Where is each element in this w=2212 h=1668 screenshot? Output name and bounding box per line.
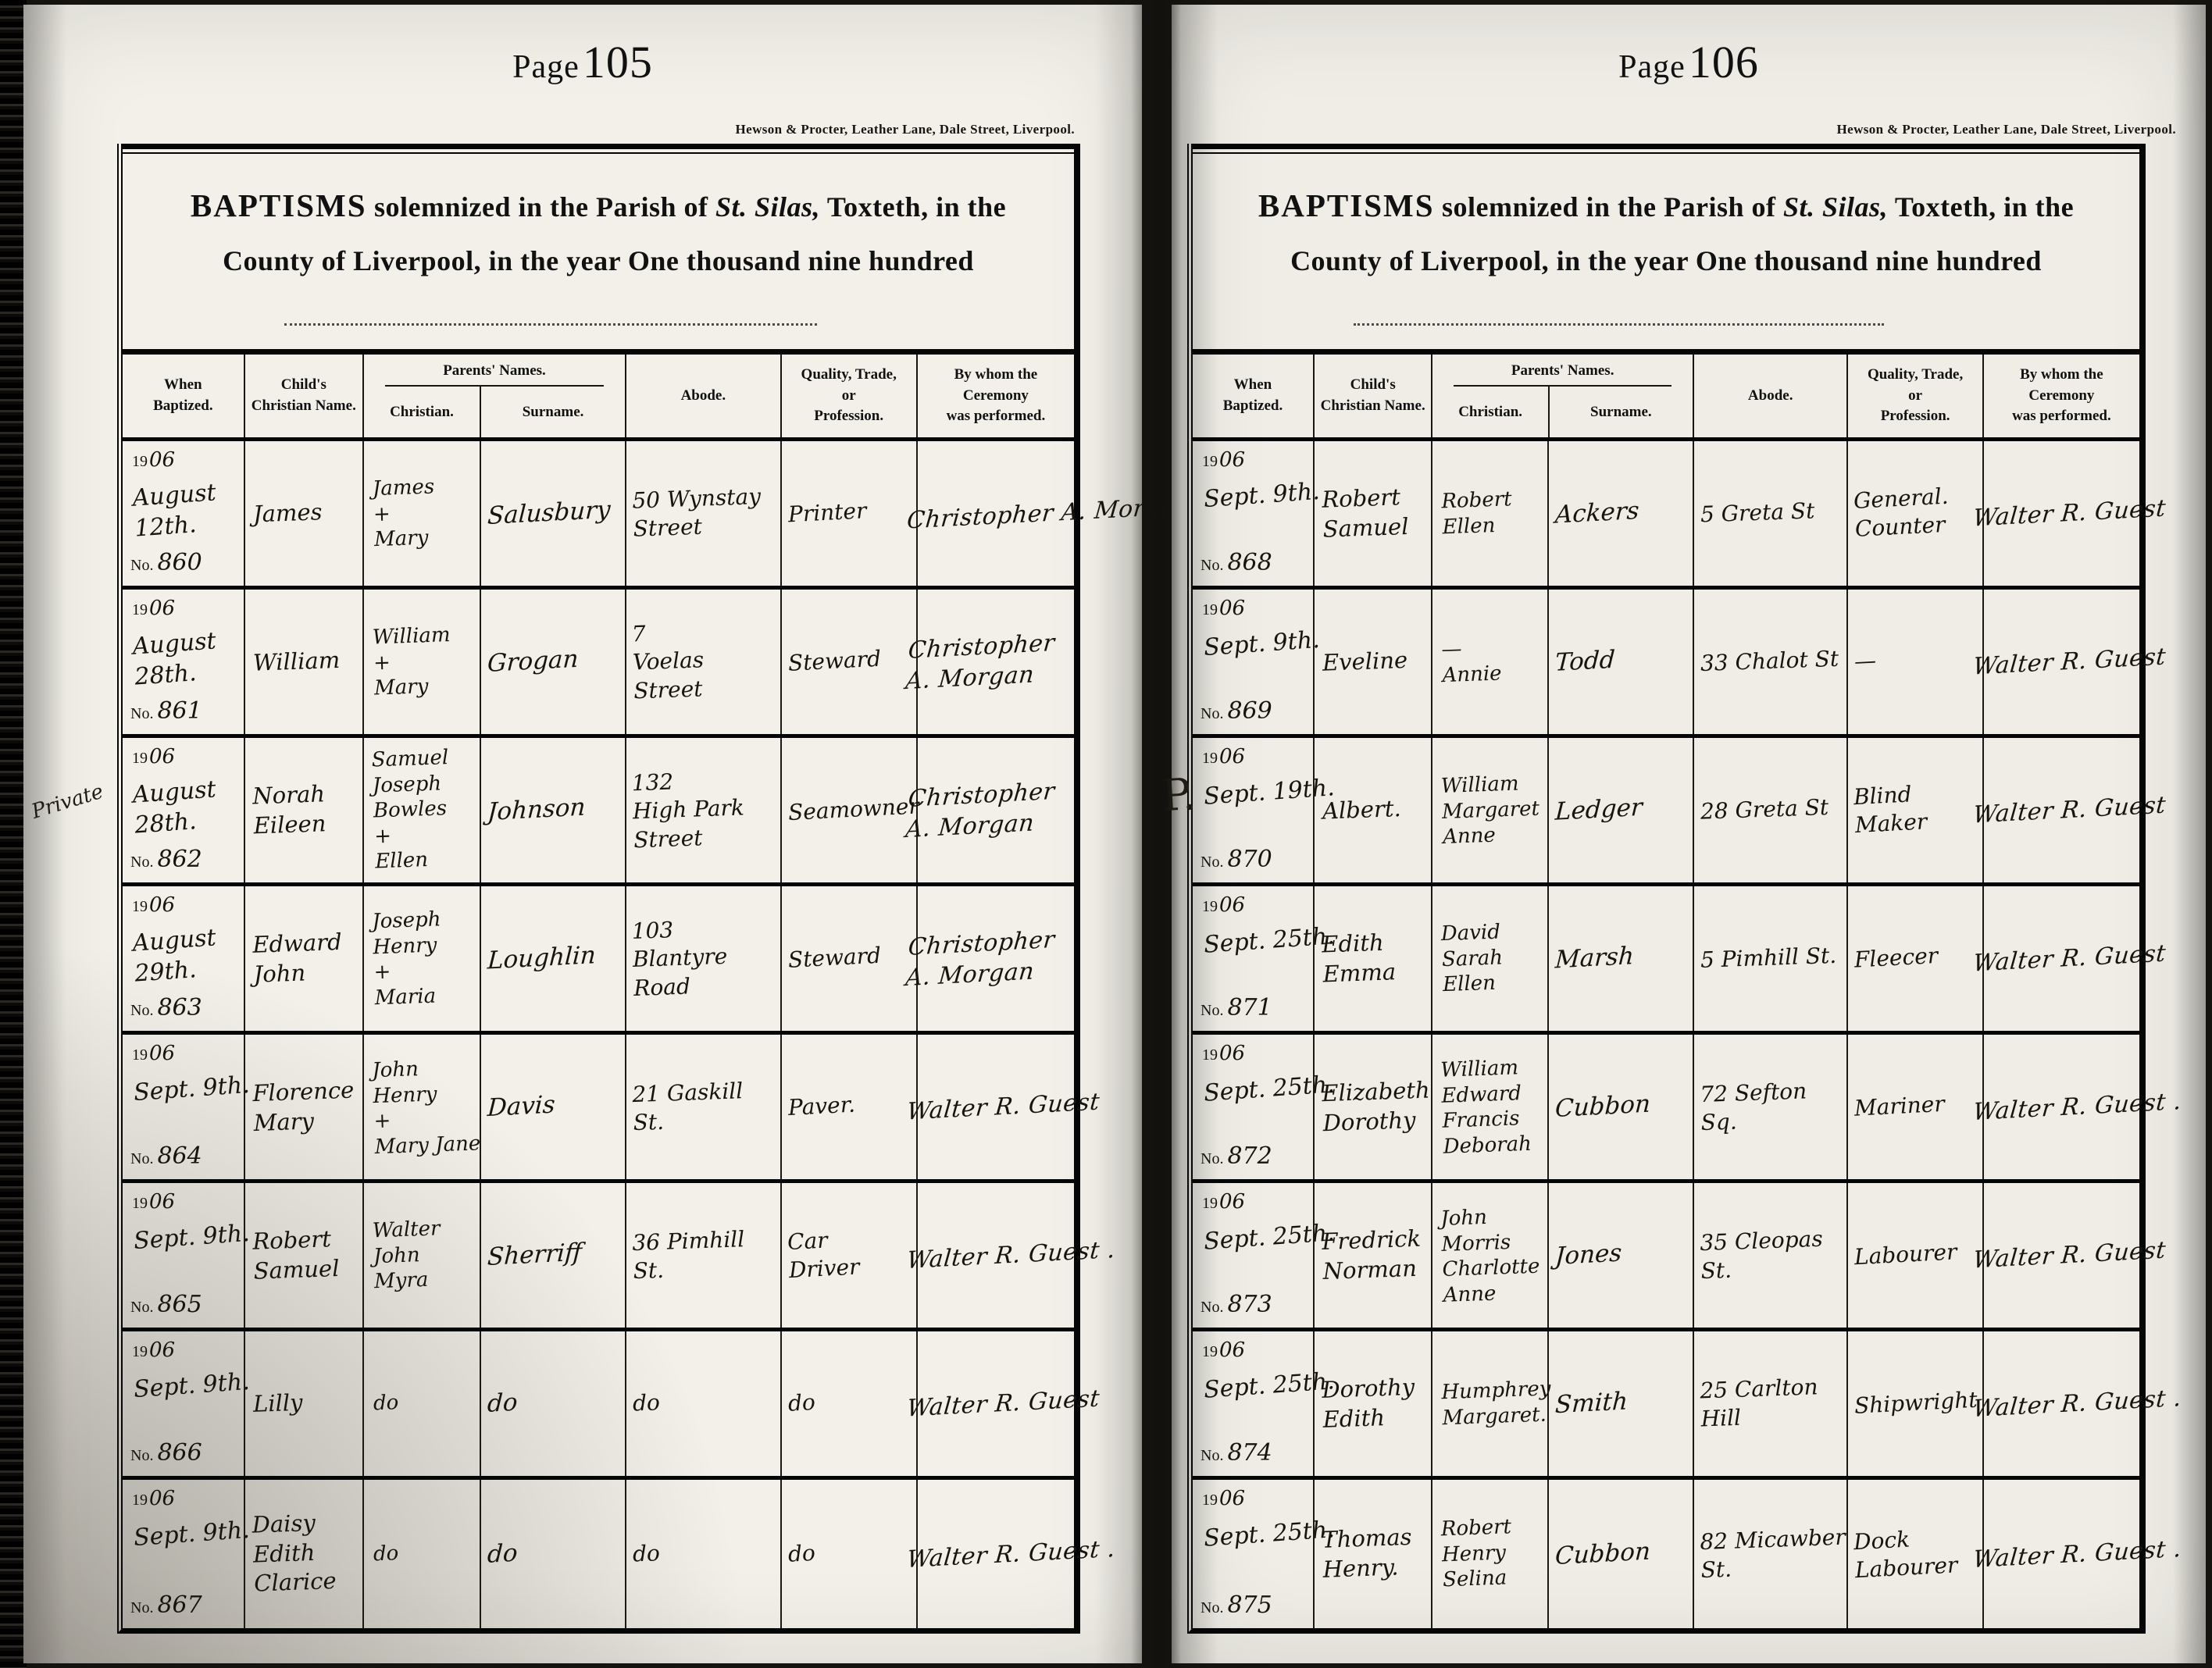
minister-signature: Walter R. Guest . [905, 1235, 1116, 1276]
child-name: Thomas Henry. [1314, 1523, 1414, 1585]
year-line: 1906 [132, 1041, 241, 1067]
profession-cell: Car Driver [780, 1183, 916, 1328]
abode: 5 Greta St [1693, 497, 1815, 530]
parents-christian-names: John Morris Charlotte Anne [1431, 1203, 1541, 1308]
printed-no-label: No. [130, 705, 153, 722]
parents-christian-cell: — Annie [1431, 590, 1547, 734]
register-row: 1906 Sept. 25th. No.872 Elizabeth Doroth… [1193, 1035, 2139, 1183]
parents-christian-cell: William + Mary [362, 590, 480, 734]
parents-surname-cell: Jones [1547, 1183, 1692, 1328]
abode: 7 Voelas Street [625, 618, 705, 706]
profession-cell: Blind Maker [1846, 738, 1982, 882]
parents-surname: Todd [1548, 644, 1616, 679]
margin-annotation [33, 1069, 123, 1096]
child-name: Robert Samuel [1314, 483, 1409, 545]
entry-number: No.869 [1201, 696, 1272, 726]
entry-number-value: 869 [1227, 697, 1272, 725]
minister-cell: Walter R. Guest [916, 1331, 1100, 1476]
minister-signature: Christopher A. Morgan [904, 924, 1055, 993]
parents-christian-names: Robert Ellen [1432, 486, 1513, 540]
header-christian: Christian. [1432, 387, 1547, 437]
profession-cell: Shipwright [1846, 1331, 1982, 1476]
baptism-date: August 29th. [131, 922, 219, 989]
margin-annotation [33, 1366, 123, 1393]
minister-signature: Walter R. Guest [1971, 641, 2167, 682]
minister-cell: Christopher A. Morgan [916, 590, 1074, 734]
profession: Paver. [781, 1091, 856, 1123]
child-name-cell: Edward John [244, 886, 362, 1031]
year-handwritten: 06 [149, 1042, 175, 1065]
parents-surname: Marsh [1548, 940, 1635, 976]
baptism-date: Sept. 9th. [1203, 625, 1321, 663]
heavy-rule [123, 144, 1074, 149]
when-baptized-cell: 1906 Sept. 25th. No.873 [1193, 1183, 1313, 1328]
entry-number: No.866 [130, 1438, 202, 1468]
parents-christian-names: John Henry + Mary Jane [362, 1054, 481, 1160]
entry-number: No.872 [1201, 1141, 1272, 1171]
year-line: 1906 [1202, 1189, 1310, 1216]
year-line: 1906 [132, 893, 241, 919]
parents-christian-cell: Robert Henry Selina [1431, 1480, 1547, 1628]
printed-no-label: No. [1201, 854, 1223, 871]
register-row: P. 1906 Sept. 19th. No.870 Albert. Willi… [1193, 738, 2139, 886]
abode-cell: 5 Greta St [1693, 441, 1847, 586]
printed-year-prefix: 19 [1202, 898, 1218, 915]
profession-cell: Fleecer [1846, 886, 1982, 1031]
title-line-2: County of Liverpool, in the year One tho… [1193, 244, 2139, 277]
abode: 50 Wynstay Street [626, 483, 762, 544]
profession-cell: — [1846, 590, 1982, 734]
printer-imprint: Hewson & Procter, Leather Lane, Dale Str… [736, 122, 1076, 137]
abode: 82 Micawber St. [1693, 1523, 1847, 1585]
profession-cell: Labourer [1846, 1183, 1982, 1328]
parents-christian-names: Walter John Myra [362, 1216, 442, 1295]
abode-cell: 132 High Park Street [625, 738, 780, 882]
printed-no-label: No. [130, 1447, 153, 1464]
header-parents-names: Parents' Names. Christian. Surname. [362, 355, 625, 437]
printed-year-prefix: 19 [132, 601, 148, 618]
baptism-date: Sept. 9th. [133, 1218, 251, 1256]
register-row: 1906 Sept. 9th. No.866 Lilly do do do do… [123, 1331, 1074, 1480]
year-handwritten: 06 [1219, 448, 1245, 472]
abode: 103 Blantyre Road [625, 914, 729, 1003]
register-row: 1906 Sept. 25th. No.873 Fredrick Norman … [1193, 1183, 2139, 1331]
title-mid: solemnized in the Parish of [1435, 191, 1783, 223]
child-name-cell: Robert Samuel [1313, 441, 1432, 586]
register-row: 1906 August 12th. No.860 James James + M… [123, 441, 1074, 590]
parents-christian-cell: James + Mary [362, 441, 480, 586]
when-baptized-cell: 1906 August 12th. No.860 [123, 441, 244, 586]
abode-cell: 7 Voelas Street [625, 590, 780, 734]
abode-cell: 36 Pimhill St. [625, 1183, 780, 1328]
printed-year-prefix: 19 [1202, 601, 1218, 618]
profession-cell: do [780, 1331, 916, 1476]
baptism-date: Sept. 9th. [133, 1070, 251, 1108]
when-baptized-cell: 1906 Sept. 9th. No.869 [1193, 590, 1313, 734]
profession: Labourer [1848, 1239, 1958, 1273]
minister-cell: Walter R. Guest [1982, 886, 2166, 1031]
parents-christian-cell: Samuel Joseph Bowles + Ellen [362, 738, 480, 882]
abode-cell: 50 Wynstay Street [625, 441, 780, 586]
child-name-cell: Norah Eileen [244, 738, 362, 882]
printed-no-label: No. [1201, 1599, 1223, 1616]
entry-number: No.875 [1201, 1590, 1272, 1620]
profession-cell: do [780, 1480, 916, 1628]
abode-cell: 25 Carlton Hill [1693, 1331, 1847, 1476]
parents-christian-cell: John Morris Charlotte Anne [1431, 1183, 1547, 1328]
entry-number-value: 861 [157, 697, 202, 725]
profession: do [781, 1539, 816, 1570]
parents-christian-names: Samuel Joseph Bowles + Ellen [362, 745, 452, 875]
entry-number: No.864 [130, 1141, 202, 1171]
parents-surname: Ackers [1549, 495, 1641, 532]
parents-surname: Jones [1548, 1238, 1622, 1273]
minister-cell: Walter R. Guest . [1982, 1035, 2182, 1179]
child-name-cell: Lilly [244, 1331, 362, 1476]
parents-christian-names: David Sarah Ellen [1432, 919, 1504, 998]
parents-christian-cell: David Sarah Ellen [1431, 886, 1547, 1031]
register-row: 1906 August 29th. No.863 Edward John Jos… [123, 886, 1074, 1035]
register-book-spread: { "book": { "page_word": "Page", "printe… [0, 0, 2212, 1668]
printed-no-label: No. [1201, 1447, 1223, 1464]
abode-cell: 33 Chalot St [1693, 590, 1847, 734]
entry-number: No.871 [1201, 993, 1272, 1023]
margin-annotation: P. [1160, 764, 1257, 825]
year-handwritten: 06 [149, 893, 175, 917]
parents-surname-cell: Ledger [1547, 738, 1692, 882]
header-quality-trade: Quality, Trade, or Profession. [780, 355, 916, 437]
profession: Mariner [1848, 1090, 1946, 1124]
child-name-cell: Florence Mary [244, 1035, 362, 1179]
register-row: 1906 Sept. 9th. No.869 Eveline — Annie T… [1193, 590, 2139, 738]
printed-year-prefix: 19 [132, 898, 148, 915]
profession: Steward [781, 942, 882, 975]
child-name: William [244, 646, 340, 679]
when-baptized-cell: 1906 Sept. 9th. No.867 [123, 1480, 244, 1628]
header-abode: Abode. [1693, 355, 1847, 437]
entry-number: No.860 [130, 547, 202, 578]
baptism-register: BAPTISMS solemnized in the Parish of St.… [117, 144, 1080, 1634]
header-surname: Surname. [480, 387, 625, 437]
printed-no-label: No. [130, 557, 153, 574]
printed-year-prefix: 19 [1202, 1343, 1218, 1360]
entry-number-value: 868 [1227, 549, 1272, 576]
minister-cell: Christopher A. Morgan [916, 886, 1074, 1031]
abode-cell: 82 Micawber St. [1693, 1480, 1847, 1628]
entry-number: No.867 [130, 1590, 202, 1620]
baptism-date: August 28th. [131, 625, 219, 692]
when-baptized-cell: 1906 Sept. 25th. No.875 [1193, 1480, 1313, 1628]
child-name: James [244, 497, 323, 529]
profession: Seamowner [781, 793, 919, 829]
dotted-rule [284, 323, 817, 326]
entry-number-value: 862 [157, 846, 202, 873]
profession-cell: Mariner [1846, 1035, 1982, 1179]
parents-christian-names: William + Mary [362, 622, 452, 701]
title-tail: Toxteth, in the [1888, 191, 2074, 223]
minister-cell: Walter R. Guest . [1982, 1480, 2182, 1628]
page-word: Page [1618, 49, 1686, 85]
abode-cell: 28 Greta St [1693, 738, 1847, 882]
book-spine-edge [0, 0, 27, 1668]
baptism-date: August 28th. [131, 774, 219, 840]
page-number: Page106 [1172, 36, 2206, 88]
margin-annotation: Private [29, 773, 127, 825]
parents-surname: Johnson [480, 792, 587, 829]
year-line: 1906 [132, 1486, 241, 1513]
printed-year-prefix: 19 [1202, 453, 1218, 470]
year-handwritten: 06 [149, 1487, 175, 1510]
parents-christian-names: William Margaret Anne [1432, 770, 1541, 850]
year-handwritten: 06 [149, 745, 175, 768]
header-abode: Abode. [625, 355, 780, 437]
year-line: 1906 [132, 1189, 241, 1216]
minister-cell: Walter R. Guest [1982, 738, 2166, 882]
year-line: 1906 [1202, 893, 1310, 919]
parents-christian-names: — Annie [1432, 635, 1502, 688]
parents-surname: Davis [480, 1089, 556, 1124]
when-baptized-cell: 1906 Sept. 25th. No.874 [1193, 1331, 1313, 1476]
printed-no-label: No. [1201, 1002, 1223, 1019]
abode: 28 Greta St [1693, 793, 1828, 826]
profession: Steward [781, 645, 882, 679]
entry-number-value: 872 [1227, 1142, 1272, 1170]
parents-surname: Smith [1548, 1386, 1629, 1422]
profession: Shipwright [1848, 1386, 1978, 1421]
page-right: Page106 Hewson & Procter, Leather Lane, … [1172, 5, 2206, 1663]
printed-year-prefix: 19 [132, 1492, 148, 1509]
profession-cell: Printer [780, 441, 916, 586]
abode-cell: do [625, 1480, 780, 1628]
when-baptized-cell: 1906 Sept. 9th. No.868 [1193, 441, 1313, 586]
profession-cell: Steward [780, 886, 916, 1031]
minister-cell: Walter R. Guest [1982, 1183, 2166, 1328]
abode: 36 Pimhill St. [626, 1224, 781, 1287]
parents-surname-cell: Cubbon [1547, 1480, 1692, 1628]
abode-cell: 5 Pimhill St. [1693, 886, 1847, 1031]
baptism-register: BAPTISMS solemnized in the Parish of St.… [1187, 144, 2146, 1634]
register-row: 1906 Sept. 25th. No.871 Edith Emma David… [1193, 886, 2139, 1035]
entry-number-value: 863 [157, 994, 202, 1021]
when-baptized-cell: 1906 August 29th. No.863 [123, 886, 244, 1031]
parents-surname-cell: Grogan [480, 590, 625, 734]
year-handwritten: 06 [149, 448, 175, 472]
abode-cell: 103 Blantyre Road [625, 886, 780, 1031]
child-name-cell: James [244, 441, 362, 586]
year-handwritten: 06 [149, 1190, 175, 1214]
printed-year-prefix: 19 [132, 1343, 148, 1360]
printed-no-label: No. [130, 1150, 153, 1167]
title-baptisms: BAPTISMS [1258, 187, 1435, 223]
page-number: Page105 [23, 36, 1142, 88]
parents-christian-cell: Humphrey Margaret. [1431, 1331, 1547, 1476]
minister-signature: Walter R. Guest [905, 1383, 1101, 1424]
printed-year-prefix: 19 [132, 1195, 148, 1212]
printed-no-label: No. [1201, 1299, 1223, 1316]
title-parish-name: St. Silas, [1783, 191, 1888, 223]
page-number-value: 106 [1689, 37, 1759, 87]
printed-no-label: No. [1201, 557, 1223, 574]
year-line: 1906 [1202, 596, 1310, 622]
parents-christian-cell: do [362, 1480, 480, 1628]
parents-christian-names: do [363, 1390, 398, 1417]
baptism-date: August 12th. [131, 477, 219, 544]
year-handwritten: 06 [1219, 597, 1245, 620]
abode-cell: 35 Cleopas St. [1693, 1183, 1847, 1328]
entry-number: No.868 [1201, 547, 1272, 578]
parents-surname: Cubbon [1549, 1535, 1652, 1572]
parents-christian-names: do [363, 1541, 398, 1567]
parents-surname: Loughlin [480, 939, 597, 977]
printer-imprint: Hewson & Procter, Leather Lane, Dale Str… [1837, 122, 2177, 137]
table-body: 1906 August 12th. No.860 James James + M… [123, 441, 1074, 1628]
register-row: 1906 Sept. 9th. No.867 Daisy Edith Clari… [123, 1480, 1074, 1628]
child-name: Daisy Edith Clarice [244, 1508, 337, 1599]
child-name: Edith Emma [1314, 928, 1397, 989]
entry-number: No.870 [1201, 844, 1272, 875]
entry-number: No.861 [130, 696, 202, 726]
page-left: Page105 Hewson & Procter, Leather Lane, … [23, 5, 1142, 1663]
minister-cell: Christopher A. Morgan [916, 441, 1190, 586]
year-handwritten: 06 [1219, 1487, 1245, 1510]
printed-year-prefix: 19 [1202, 1046, 1218, 1064]
header-parents-names: Parents' Names. Christian. Surname. [1431, 355, 1692, 437]
year-line: 1906 [1202, 1041, 1310, 1067]
profession-cell: Dock Labourer [1846, 1480, 1982, 1628]
register-title: BAPTISMS solemnized in the Parish of St.… [1193, 154, 2139, 349]
margin-annotation [33, 1514, 123, 1541]
dotted-rule [1354, 323, 1884, 326]
abode: 5 Pimhill St. [1693, 942, 1836, 975]
when-baptized-cell: 1906 Sept. 9th. No.866 [123, 1331, 244, 1476]
entry-number-value: 873 [1227, 1291, 1272, 1318]
heavy-rule [1193, 144, 2139, 149]
child-name: Lilly [244, 1388, 303, 1419]
entry-number-value: 871 [1227, 994, 1272, 1021]
margin-annotation [33, 624, 123, 651]
margin-annotation [33, 921, 123, 948]
title-line-2: County of Liverpool, in the year One tho… [123, 244, 1074, 277]
minister-signature: Walter R. Guest [1971, 789, 2167, 830]
title-tail: Toxteth, in the [820, 191, 1006, 223]
header-by-whom: By whom the Ceremony was performed. [1982, 355, 2139, 437]
parents-surname: Ledger [1549, 792, 1644, 829]
profession: Blind Maker [1847, 780, 1928, 841]
year-line: 1906 [1202, 1338, 1310, 1364]
abode: do [626, 1539, 660, 1569]
parents-surname: Cubbon [1549, 1089, 1652, 1125]
year-handwritten: 06 [1219, 1042, 1245, 1065]
child-name-cell: Daisy Edith Clarice [244, 1480, 362, 1628]
register-row: 1906 Sept. 25th. No.875 Thomas Henry. Ro… [1193, 1480, 2139, 1628]
parents-surname: do [480, 1538, 519, 1571]
year-line: 1906 [1202, 1486, 1310, 1513]
parents-surname-cell: Ackers [1547, 441, 1692, 586]
minister-signature: Walter R. Guest [1971, 493, 2167, 533]
child-name: Albert. [1314, 794, 1401, 827]
parents-surname-cell: Davis [480, 1035, 625, 1179]
child-name: Florence Mary [244, 1075, 355, 1138]
entry-number-value: 870 [1227, 846, 1272, 873]
parents-christian-names: Humphrey Margaret. [1432, 1376, 1552, 1431]
minister-cell: Walter R. Guest . [916, 1183, 1115, 1328]
entry-number: No.862 [130, 844, 202, 875]
register-row: 1906 Sept. 25th. No.874 Dorothy Edith Hu… [1193, 1331, 2139, 1480]
profession: do [781, 1388, 816, 1419]
header-when-baptized: When Baptized. [1193, 355, 1313, 437]
printed-no-label: No. [130, 1002, 153, 1019]
entry-number: No.873 [1201, 1289, 1272, 1320]
entry-number-value: 874 [1227, 1439, 1272, 1467]
parents-surname-cell: do [480, 1480, 625, 1628]
abode-cell: 72 Sefton Sq. [1693, 1035, 1847, 1179]
page-number-value: 105 [583, 37, 653, 87]
child-name-cell: Robert Samuel [244, 1183, 362, 1328]
parents-christian-names: Robert Henry Selina [1432, 1514, 1514, 1593]
entry-number-value: 875 [1227, 1591, 1272, 1619]
abode-cell: 21 Gaskill St. [625, 1035, 780, 1179]
minister-signature: Walter R. Guest [1971, 1235, 2167, 1275]
minister-signature: Walter R. Guest . [1971, 1533, 2182, 1574]
parents-surname-cell: do [480, 1331, 625, 1476]
parents-surname-cell: Smith [1547, 1331, 1692, 1476]
table-body: 1906 Sept. 9th. No.868 Robert Samuel Rob… [1193, 441, 2139, 1628]
parents-surname-cell: Sherriff [480, 1183, 625, 1328]
minister-cell: Walter R. Guest [1982, 441, 2166, 586]
register-row: 1906 August 28th. No.861 William William… [123, 590, 1074, 738]
parents-christian-cell: William Edward Francis Deborah [1431, 1035, 1547, 1179]
baptism-date: Sept. 9th. [1203, 476, 1321, 515]
year-handwritten: 06 [149, 1338, 175, 1362]
abode-cell: do [625, 1331, 780, 1476]
child-name-cell: Fredrick Norman [1313, 1183, 1432, 1328]
abode: 25 Carlton Hill [1693, 1373, 1820, 1434]
title-line-1: BAPTISMS solemnized in the Parish of St.… [1193, 187, 2139, 224]
minister-signature: Walter R. Guest . [1971, 1086, 2182, 1128]
parents-surname-cell: Marsh [1547, 886, 1692, 1031]
child-name: Elizabeth Dorothy [1314, 1075, 1432, 1139]
register-row: 1906 Sept. 9th. No.864 Florence Mary Joh… [123, 1035, 1074, 1183]
profession-cell: Seamowner [780, 738, 916, 882]
child-name: Eveline [1314, 646, 1407, 679]
parents-surname-cell: Todd [1547, 590, 1692, 734]
printed-no-label: No. [1201, 705, 1223, 722]
profession: — [1848, 647, 1878, 676]
printed-no-label: No. [130, 1299, 153, 1316]
minister-signature: Walter R. Guest [1971, 938, 2167, 978]
child-name-cell: Albert. [1313, 738, 1432, 882]
printed-year-prefix: 19 [132, 1046, 148, 1064]
printed-no-label: No. [130, 854, 153, 871]
profession-cell: Steward [780, 590, 916, 734]
header-when-baptized: When Baptized. [123, 355, 244, 437]
abode: 33 Chalot St [1693, 645, 1839, 679]
child-name: Edward John [244, 928, 343, 990]
abode: do [626, 1389, 660, 1419]
profession: Car Driver [780, 1225, 860, 1286]
abode: 72 Sefton Sq. [1693, 1076, 1848, 1139]
entry-number-value: 865 [157, 1291, 202, 1318]
parents-christian-names: James + Mary [362, 474, 437, 553]
child-name: Norah Eileen [244, 779, 326, 841]
profession: Printer [781, 497, 867, 529]
entry-number-value: 860 [157, 549, 202, 576]
minister-cell: Christopher A. Morgan [916, 738, 1074, 882]
entry-number-value: 867 [157, 1591, 202, 1619]
printed-year-prefix: 19 [132, 453, 148, 470]
header-childs-name: Child's Christian Name. [1313, 355, 1432, 437]
child-name-cell: Edith Emma [1313, 886, 1432, 1031]
